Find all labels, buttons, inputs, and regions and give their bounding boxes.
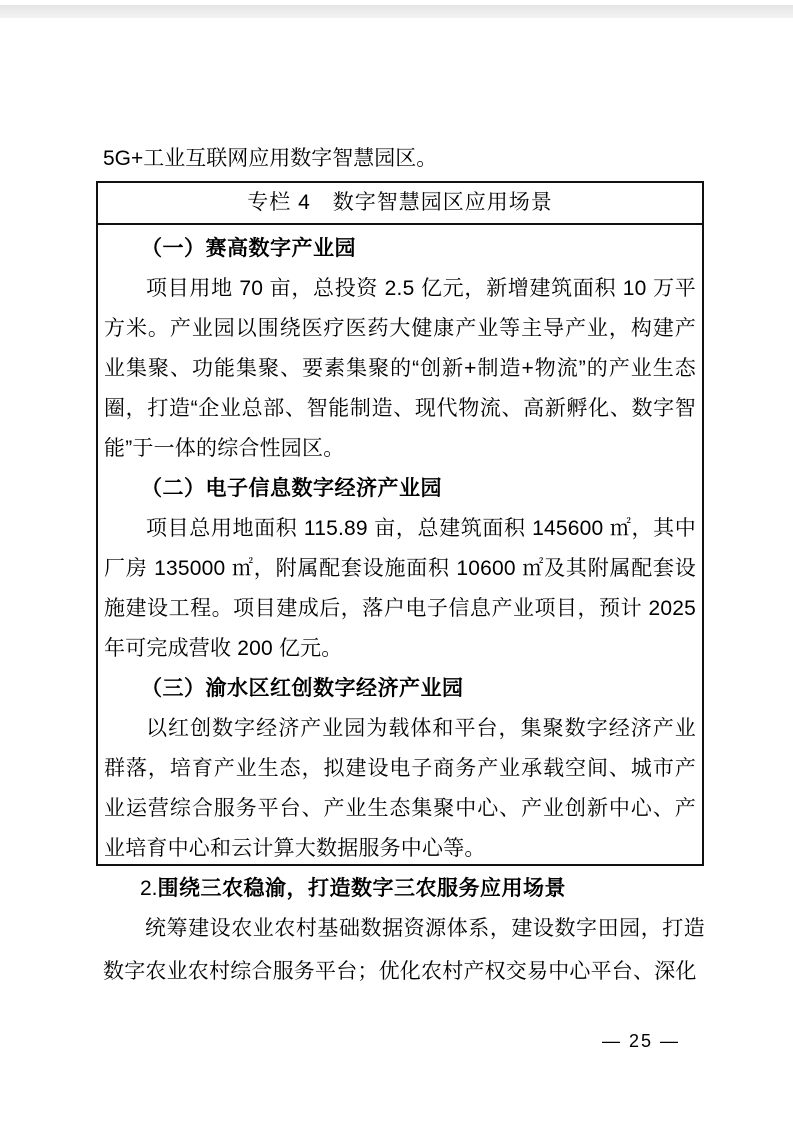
intro-line: 5G+工业互联网应用数字智慧园区。 (103, 143, 707, 174)
section-heading-2: （二）电子信息数字经济产业园 (104, 469, 696, 509)
subsection-heading-text: 围绕三农稳渝，打造数字三农服务应用场景 (158, 877, 567, 900)
subsection-heading: 2.围绕三农稳渝，打造数字三农服务应用场景 (103, 869, 707, 909)
section-heading-1: （一）赛高数字产业园 (104, 229, 696, 269)
document-page: 5G+工业互联网应用数字智慧园区。 专栏 4 数字智慧园区应用场景 （一）赛高数… (0, 0, 793, 1122)
body-paragraph: 统筹建设农业农村基础数据资源体系，建设数字田园，打造数字农业农村综合服务平台；优… (103, 908, 705, 993)
subsection-heading-number: 2. (140, 877, 158, 900)
feature-box: 专栏 4 数字智慧园区应用场景 （一）赛高数字产业园 项目用地 70 亩，总投资… (96, 181, 704, 866)
section-paragraph-2: 项目总用地面积 115.89 亩，总建筑面积 145600 ㎡，其中厂房 135… (104, 509, 696, 669)
feature-box-title: 专栏 4 数字智慧园区应用场景 (98, 183, 702, 225)
section-heading-3: （三）渝水区红创数字经济产业园 (104, 669, 696, 709)
feature-box-body: （一）赛高数字产业园 项目用地 70 亩，总投资 2.5 亿元，新增建筑面积 1… (98, 225, 702, 869)
scan-shadow-top-edge (0, 5, 793, 18)
section-paragraph-3: 以红创数字经济产业园为载体和平台，集聚数字经济产业群落，培育产业生态，拟建设电子… (104, 709, 696, 869)
section-paragraph-1: 项目用地 70 亩，总投资 2.5 亿元，新增建筑面积 10 万平方米。产业园以… (104, 269, 696, 469)
page-number: — 25 — (596, 1031, 686, 1052)
